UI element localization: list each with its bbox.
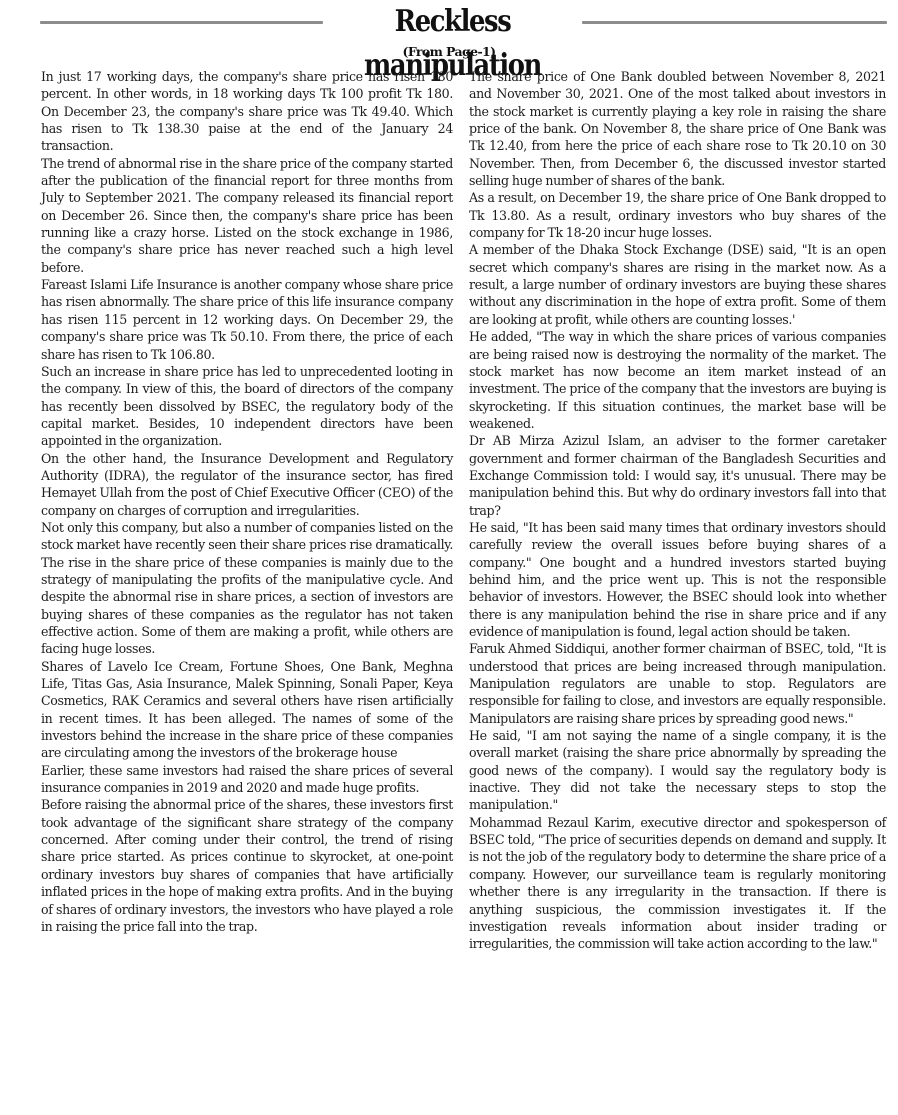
paragraph: Not only this company, but also a number… [41,519,453,658]
paragraph: On the other hand, the Insurance Develop… [41,450,453,519]
paragraph: As a result, on December 19, the share p… [469,189,886,241]
paragraph: Earlier, these same investors had raised… [41,762,453,797]
paragraph: Mohammad Rezaul Karim, executive directo… [469,814,886,953]
paragraph: In just 17 working days, the company's s… [41,68,453,155]
paragraph: Dr AB Mirza Azizul Islam, an adviser to … [469,432,886,519]
article-header: Reckless manipulation (From Page-1) [0,0,898,64]
paragraph: He said, "It has been said many times th… [469,519,886,640]
continuation-note: (From Page-1) [0,43,898,61]
paragraph: Before raising the abnormal price of the… [41,796,453,935]
paragraph: The share price of One Bank doubled betw… [469,68,886,189]
paragraph: Shares of Lavelo Ice Cream, Fortune Shoe… [41,658,453,762]
paragraph: Faruk Ahmed Siddiqui, another former cha… [469,640,886,727]
paragraph: The trend of abnormal rise in the share … [41,155,453,276]
title-rule-left [40,21,323,24]
title-rule-right [582,21,887,24]
article-column-right: The share price of One Bank doubled betw… [469,68,886,953]
paragraph: A member of the Dhaka Stock Exchange (DS… [469,241,886,328]
article-column-left: In just 17 working days, the company's s… [41,68,453,935]
paragraph: He added, "The way in which the share pr… [469,328,886,432]
paragraph: Fareast Islami Life Insurance is another… [41,276,453,363]
paragraph: He said, "I am not saying the name of a … [469,727,886,814]
paragraph: Such an increase in share price has led … [41,363,453,450]
